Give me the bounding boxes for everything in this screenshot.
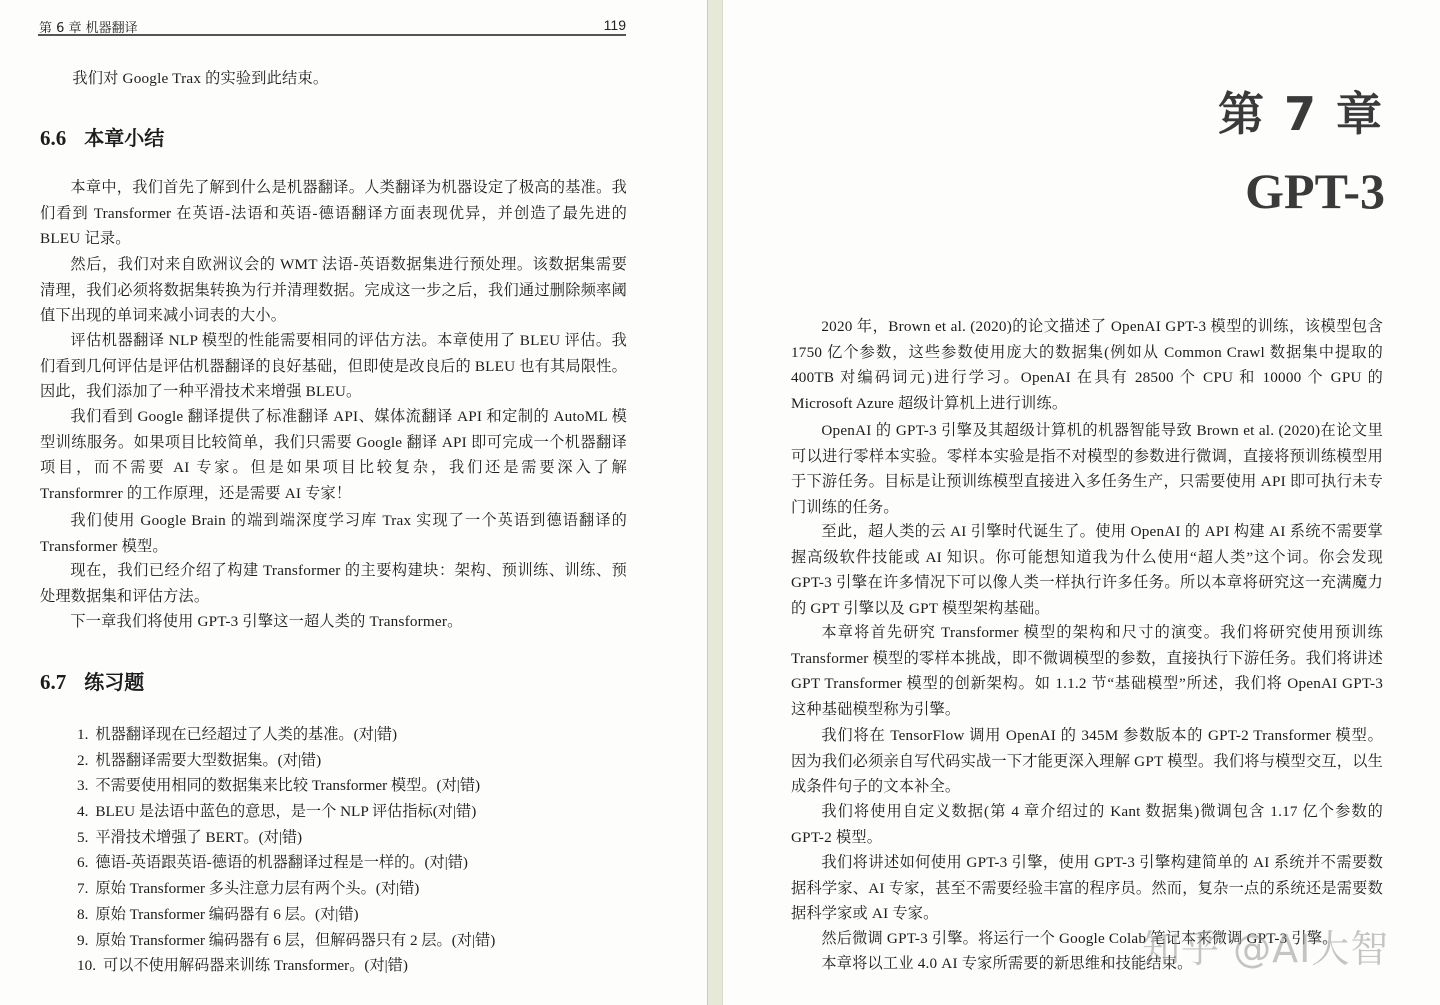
left-page: 第 6 章 机器翻译 119 我们对 Google Trax 的实验到此结束。 … <box>0 0 707 1005</box>
summary-paragraph: 现在，我们已经介绍了构建 Transformer 的主要构建块：架构、预训练、训… <box>40 558 627 609</box>
body-paragraph: 我们将在 TensorFlow 调用 OpenAI 的 345M 参数版本的 G… <box>791 723 1383 800</box>
summary-paragraph: 本章中，我们首先了解到什么是机器翻译。人类翻译为机器设定了极高的基准。我们看到 … <box>40 175 627 252</box>
summary-paragraph: 下一章我们将使用 GPT-3 引擎这一超人类的 Transformer。 <box>40 609 627 635</box>
book-gutter <box>707 0 723 1005</box>
intro-line: 我们对 Google Trax 的实验到此结束。 <box>42 66 626 92</box>
chapter-number: 第 7 章 <box>1218 78 1384 144</box>
body-paragraph: 我们将使用自定义数据(第 4 章介绍过的 Kant 数据集)微调包含 1.17 … <box>791 799 1383 850</box>
exercise-item: 1.机器翻译现在已经超过了人类的基准。(对|错) <box>77 722 495 748</box>
summary-paragraph: 然后，我们对来自欧洲议会的 WMT 法语-英语数据集进行预处理。该数据集需要清理… <box>40 252 627 329</box>
exercise-item: 5.平滑技术增强了 BERT。(对|错) <box>77 825 495 851</box>
body-paragraph: OpenAI 的 GPT-3 引擎及其超级计算机的机器智能导致 Brown et… <box>791 418 1383 520</box>
summary-paragraph: 我们看到 Google 翻译提供了标准翻译 API、媒体流翻译 API 和定制的… <box>40 404 627 506</box>
watermark: 知乎 @AI大智 <box>1142 918 1389 973</box>
section-title: 本章小结 <box>84 126 164 150</box>
summary-paragraph: 评估机器翻译 NLP 模型的性能需要相同的评估方法。本章使用了 BLEU 评估。… <box>40 328 627 405</box>
section-number: 6.7 <box>40 670 66 694</box>
exercise-item: 7.原始 Transformer 多头注意力层有两个头。(对|错) <box>77 876 495 902</box>
exercise-item: 10.可以不使用解码器来训练 Transformer。(对|错) <box>77 953 495 979</box>
body-paragraph: 本章将首先研究 Transformer 模型的架构和尺寸的演变。我们将研究使用预… <box>791 620 1383 722</box>
body-paragraph: 我们将讲述如何使用 GPT-3 引擎，使用 GPT-3 引擎构建简单的 AI 系… <box>791 850 1383 927</box>
chapter-title: GPT-3 <box>1245 162 1385 220</box>
body-paragraph: 至此，超人类的云 AI 引擎时代诞生了。使用 OpenAI 的 API 构建 A… <box>791 519 1383 621</box>
summary-paragraph: 我们使用 Google Brain 的端到端深度学习库 Trax 实现了一个英语… <box>40 508 627 559</box>
exercise-item: 2.机器翻译需要大型数据集。(对|错) <box>77 748 495 774</box>
exercise-item: 9.原始 Transformer 编码器有 6 层，但解码器只有 2 层。(对|… <box>77 928 495 954</box>
exercise-item: 3.不需要使用相同的数据集来比较 Transformer 模型。(对|错) <box>77 773 495 799</box>
exercise-list: 1.机器翻译现在已经超过了人类的基准。(对|错) 2.机器翻译需要大型数据集。(… <box>77 722 495 979</box>
section-heading-summary: 6.6本章小结 <box>40 122 164 151</box>
running-header: 第 6 章 机器翻译 119 <box>38 16 626 36</box>
exercise-item: 6.德语-英语跟英语-德语的机器翻译过程是一样的。(对|错) <box>77 850 495 876</box>
page-number: 119 <box>604 17 626 33</box>
section-heading-exercises: 6.7练习题 <box>40 666 144 695</box>
section-title: 练习题 <box>84 670 144 694</box>
right-page: 第 7 章 GPT-3 2020 年，Brown et al. (2020)的论… <box>723 0 1440 1005</box>
exercise-item: 4.BLEU 是法语中蓝色的意思，是一个 NLP 评估指标(对|错) <box>77 799 495 825</box>
book-spread: 第 6 章 机器翻译 119 我们对 Google Trax 的实验到此结束。 … <box>0 0 1440 1005</box>
running-header-chapter: 第 6 章 机器翻译 <box>39 17 138 36</box>
section-number: 6.6 <box>40 126 66 150</box>
exercise-item: 8.原始 Transformer 编码器有 6 层。(对|错) <box>77 902 495 928</box>
body-paragraph: 2020 年，Brown et al. (2020)的论文描述了 OpenAI … <box>791 314 1383 416</box>
